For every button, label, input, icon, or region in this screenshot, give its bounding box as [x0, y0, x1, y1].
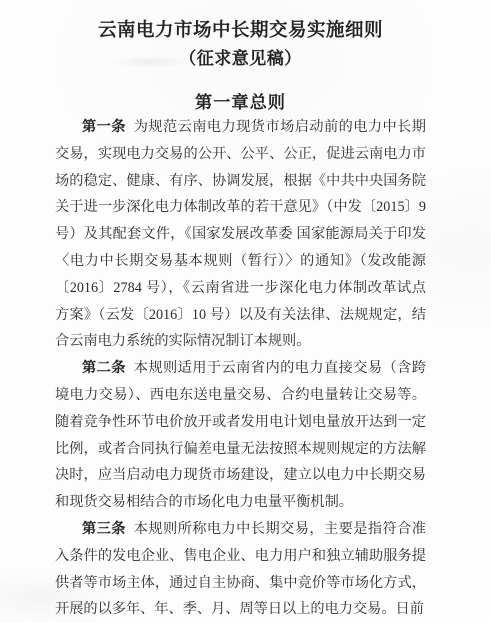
document-subtitle: （征求意见稿） — [55, 46, 426, 72]
article-1-number: 第一条 — [82, 119, 126, 135]
document-body: 第一条为规范云南电力现货市场启动前的电力中长期交易，实现电力交易的公开、公平、公… — [55, 114, 426, 623]
article-2-number: 第二条 — [82, 360, 126, 376]
document-title: 云南电力市场中长期交易实施细则 — [55, 18, 426, 44]
article-1-text: 为规范云南电力现货市场启动前的电力中长期交易，实现电力交易的公开、公平、公正，促… — [55, 119, 426, 349]
chapter-heading: 第一章总则 — [55, 92, 426, 114]
article-1: 第一条为规范云南电力现货市场启动前的电力中长期交易，实现电力交易的公开、公平、公… — [55, 114, 426, 355]
article-2-text: 本规则适用于云南省内的电力直接交易（含跨境电力交易）、西电东送电量交易、合约电量… — [55, 360, 426, 510]
article-3: 第三条本规则所称电力中长期交易，主要是指符合准入条件的发电企业、售电企业、电力用… — [55, 516, 426, 623]
article-3-number: 第三条 — [82, 521, 126, 537]
article-2: 第二条本规则适用于云南省内的电力直接交易（含跨境电力交易）、西电东送电量交易、合… — [55, 355, 426, 516]
document-page: 云南电力市场中长期交易实施细则 （征求意见稿） 第一章总则 第一条为规范云南电力… — [0, 0, 491, 623]
